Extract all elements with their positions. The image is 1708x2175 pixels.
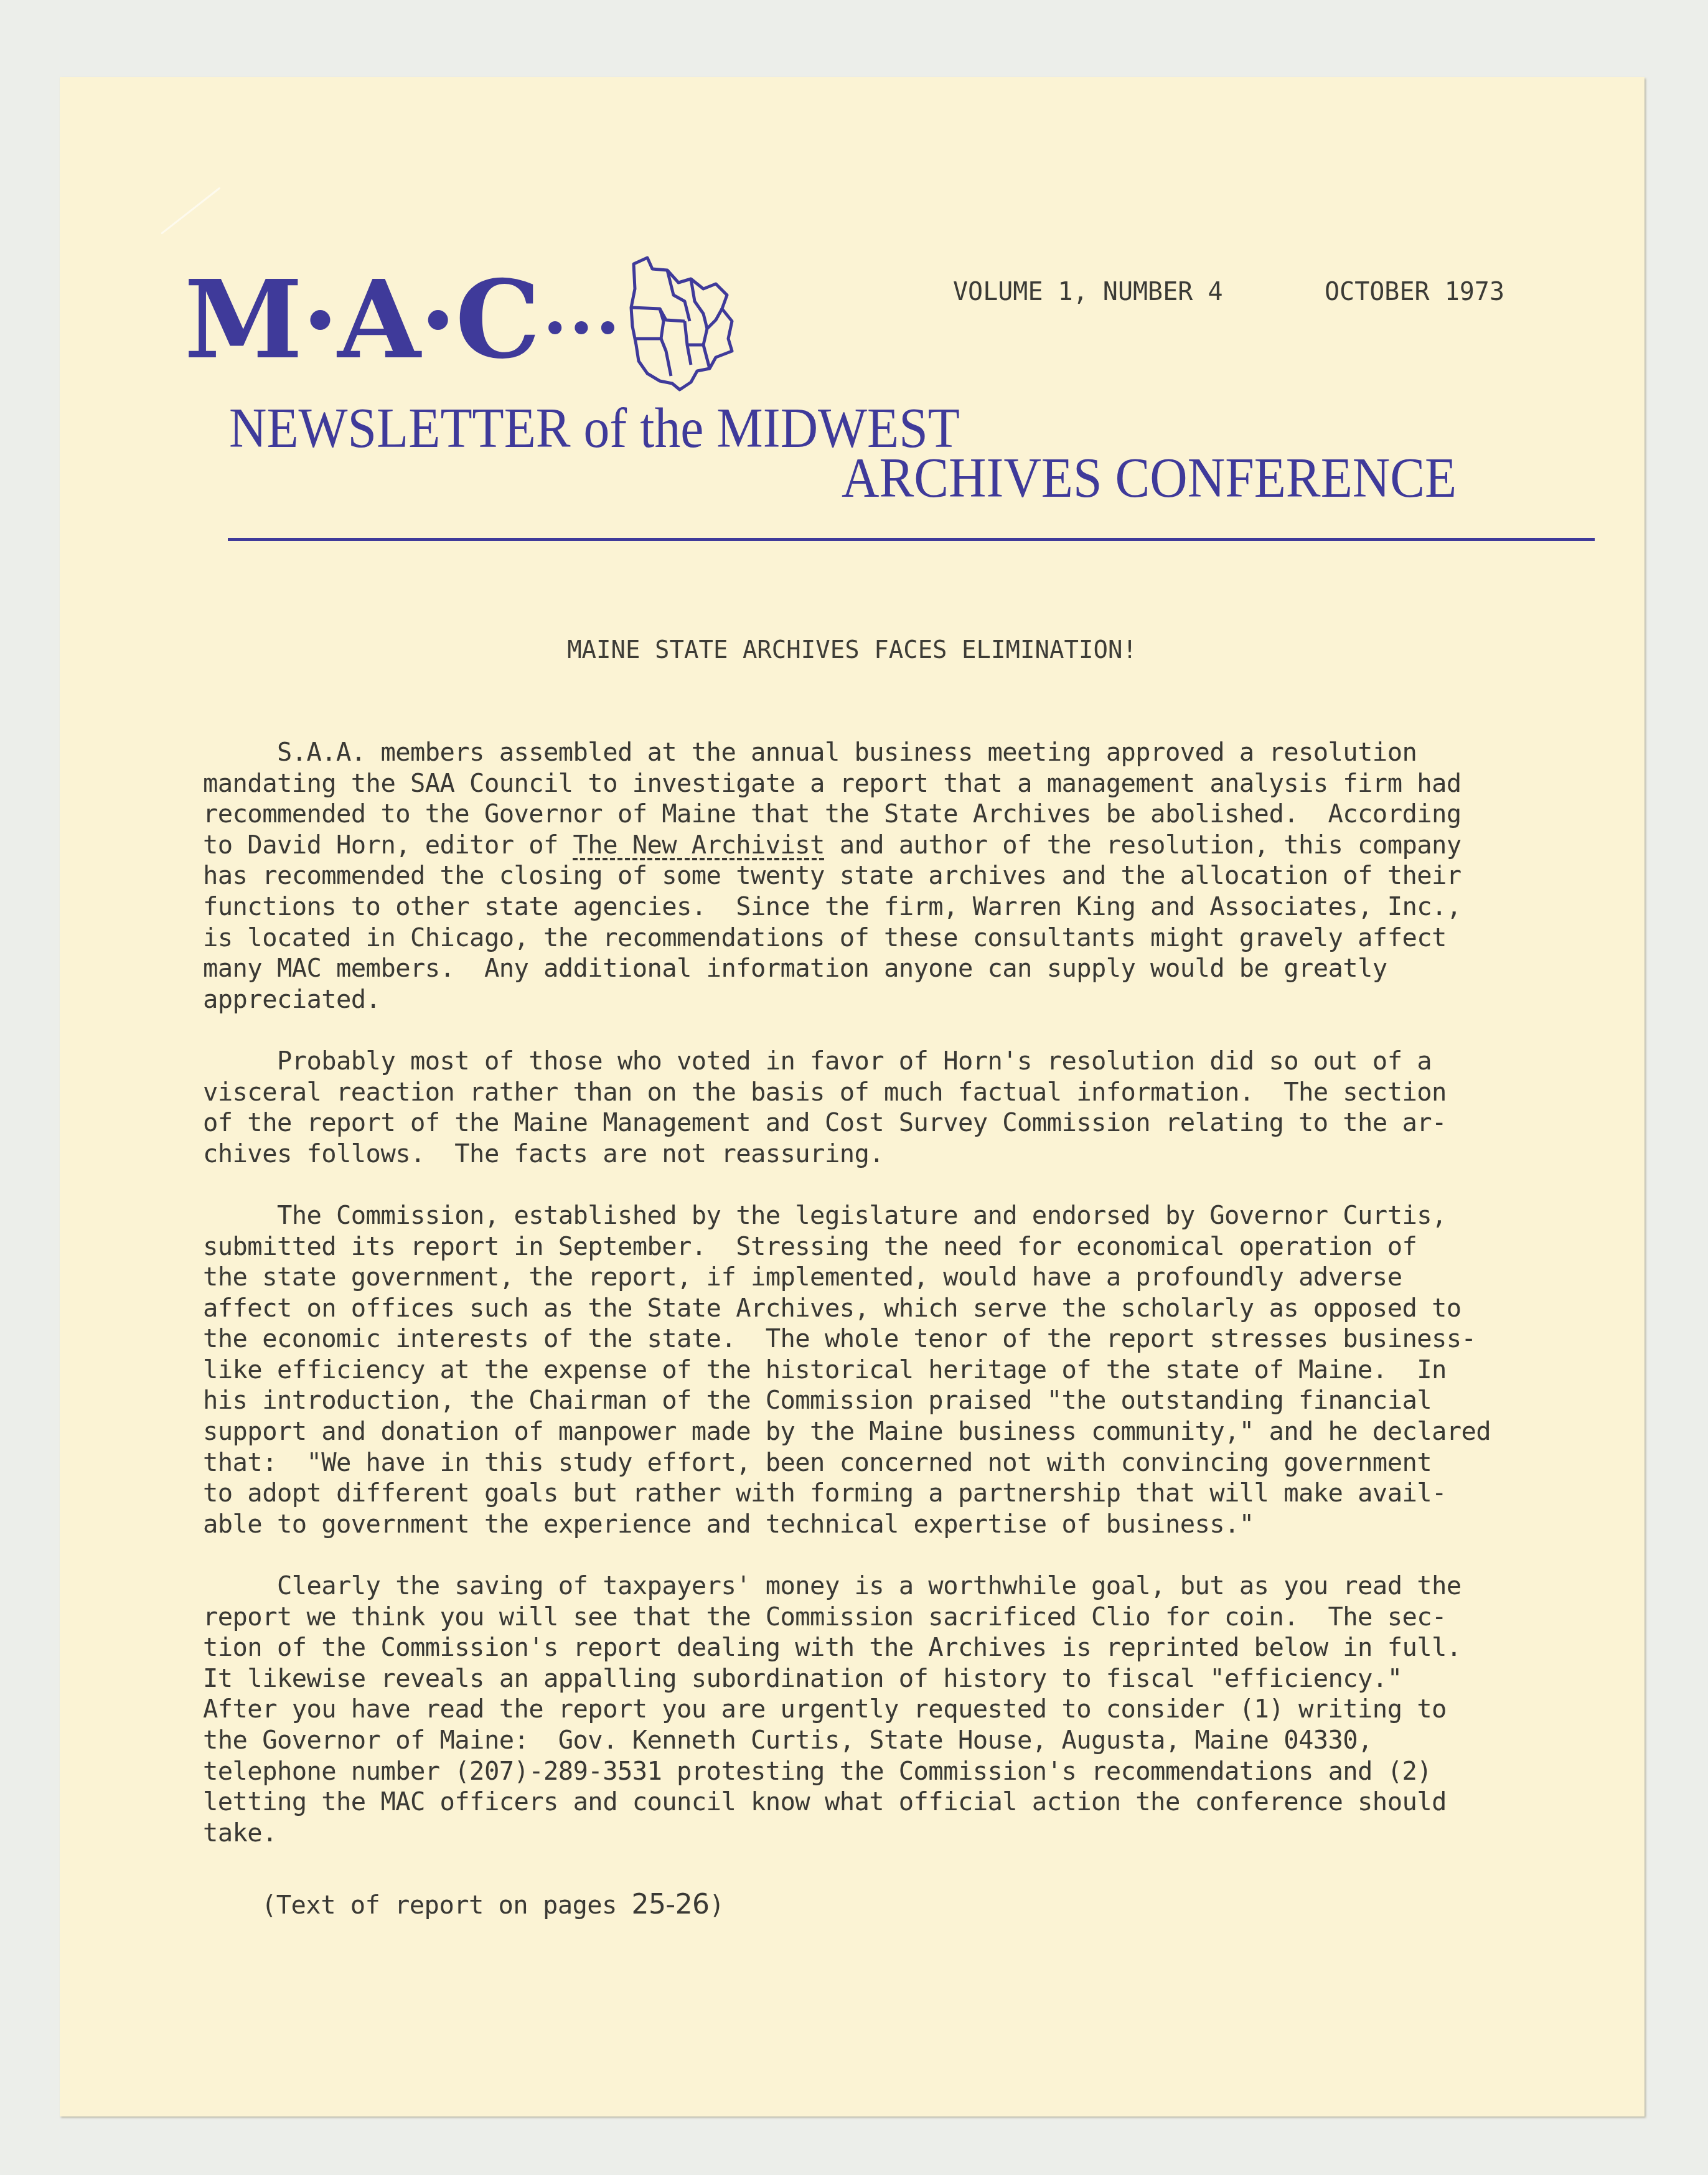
report-pages-note: (Text of report on pages 25-26) xyxy=(261,1889,724,1920)
publication-title: The New Archivist xyxy=(573,830,825,860)
text-line: like efficiency at the expense of the hi… xyxy=(203,1355,1635,1386)
text-line: is located in Chicago, the recommendatio… xyxy=(203,923,1635,954)
text-line: to David Horn, editor of The New Archivi… xyxy=(203,830,1635,861)
text-line: the economic interests of the state. The… xyxy=(203,1323,1635,1355)
text-line: support and donation of manpower made by… xyxy=(203,1416,1635,1447)
text-line: to adopt different goals but rather with… xyxy=(203,1478,1635,1509)
footnote-suffix: ) xyxy=(709,1890,724,1920)
text-line: that: "We have in this study effort, bee… xyxy=(203,1447,1635,1478)
mac-logo: M·A·C ••• xyxy=(184,245,741,395)
text-line: his introduction, the Chairman of the Co… xyxy=(203,1385,1635,1416)
text-line: recommended to the Governor of Maine tha… xyxy=(203,799,1635,830)
text-line: Probably most of those who voted in favo… xyxy=(203,1046,1635,1077)
text-line: telephone number (207)-289-3531 protesti… xyxy=(203,1756,1635,1787)
text-line: After you have read the report you are u… xyxy=(203,1694,1635,1725)
midwest-map-icon xyxy=(622,251,741,395)
article-headline: MAINE STATE ARCHIVES FACES ELIMINATION! xyxy=(60,636,1645,664)
text-line: tion of the Commission's report dealing … xyxy=(203,1632,1635,1663)
masthead-divider xyxy=(228,538,1595,541)
text-line: report we think you will see that the Co… xyxy=(203,1602,1635,1633)
volume-number: VOLUME 1, NUMBER 4 xyxy=(953,278,1222,306)
text-line: able to government the experience and te… xyxy=(203,1509,1635,1540)
text-line: take. xyxy=(203,1818,1635,1849)
handwritten-pages: 25-26 xyxy=(632,1889,710,1920)
logo-text: M·A·C xyxy=(184,266,540,373)
text-line: many MAC members. Any additional informa… xyxy=(203,953,1635,984)
text-line: letting the MAC officers and council kno… xyxy=(203,1787,1635,1818)
text-line: submitted its report in September. Stres… xyxy=(203,1231,1635,1262)
text-line: affect on offices such as the State Arch… xyxy=(203,1293,1635,1324)
text-line: the Governor of Maine: Gov. Kenneth Curt… xyxy=(203,1725,1635,1756)
article-paragraph: Probably most of those who voted in favo… xyxy=(203,1046,1635,1169)
text-line: Clearly the saving of taxpayers' money i… xyxy=(203,1571,1635,1602)
text-line: It likewise reveals an appalling subordi… xyxy=(203,1663,1635,1694)
issue-date: OCTOBER 1973 xyxy=(1325,278,1504,306)
footnote-prefix: (Text of report on pages xyxy=(261,1890,632,1920)
logo-dots: ••• xyxy=(543,308,622,351)
text-line: of the report of the Maine Management an… xyxy=(203,1107,1635,1139)
text-line: functions to other state agencies. Since… xyxy=(203,891,1635,923)
text-line: the state government, the report, if imp… xyxy=(203,1262,1635,1293)
text-line: chives follows. The facts are not reassu… xyxy=(203,1139,1635,1170)
staple-mark xyxy=(161,187,220,234)
newsletter-page: M·A·C ••• VOLUME 1, NUMBER 4 OCTOBER 197… xyxy=(60,77,1645,2116)
text-line: has recommended the closing of some twen… xyxy=(203,860,1635,891)
text-line: mandating the SAA Council to investigate… xyxy=(203,768,1635,799)
article-paragraph: Clearly the saving of taxpayers' money i… xyxy=(203,1571,1635,1848)
text-line: The Commission, established by the legis… xyxy=(203,1200,1635,1231)
text-line: visceral reaction rather than on the bas… xyxy=(203,1077,1635,1108)
text-line: appreciated. xyxy=(203,984,1635,1015)
article-paragraph: The Commission, established by the legis… xyxy=(203,1200,1635,1540)
newsletter-title-line2: ARCHIVES CONFERENCE xyxy=(842,451,1457,507)
article-body: S.A.A. members assembled at the annual b… xyxy=(203,737,1635,1879)
text-line: S.A.A. members assembled at the annual b… xyxy=(203,737,1635,768)
article-paragraph: S.A.A. members assembled at the annual b… xyxy=(203,737,1635,1015)
